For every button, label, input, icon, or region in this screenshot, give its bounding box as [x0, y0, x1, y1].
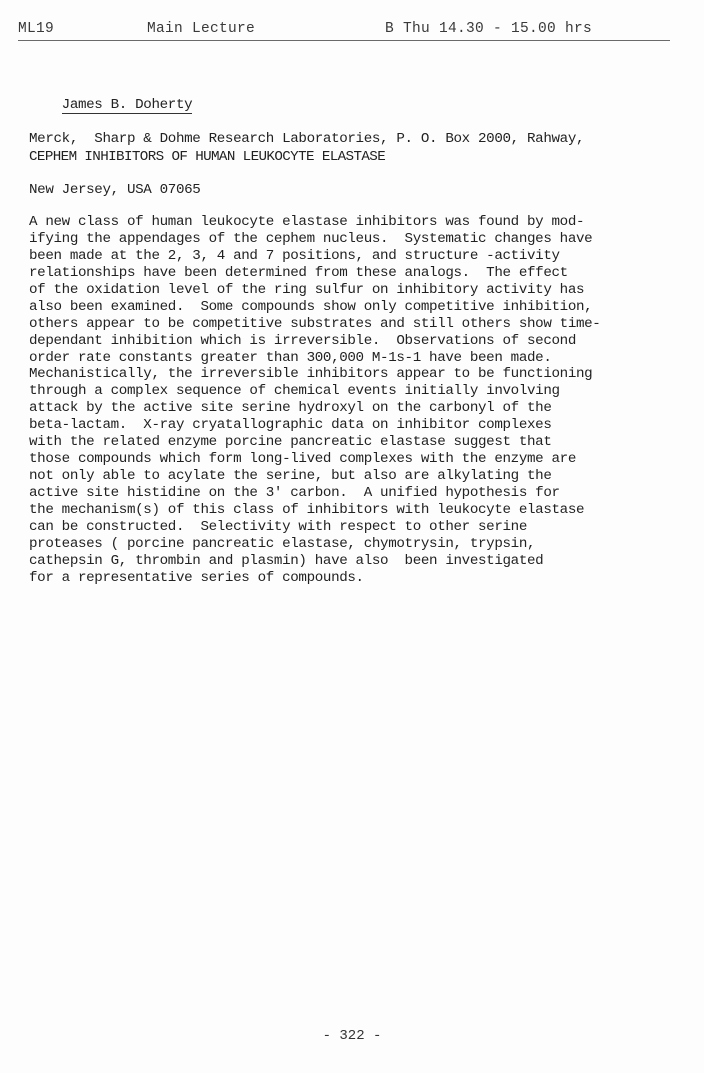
lecture-code: ML19: [18, 21, 54, 37]
abstract-line: active site histidine on the 3' carbon. …: [29, 485, 600, 502]
abstract-line: others appear to be competitive substrat…: [29, 316, 600, 333]
session-type: Main Lecture: [147, 21, 255, 37]
affiliation-line: Merck, Sharp & Dohme Research Laboratori…: [29, 131, 584, 148]
abstract-line: not only able to acylate the serine, but…: [29, 468, 600, 485]
abstract-line: for a representative series of compounds…: [29, 570, 600, 587]
abstract-line: of the oxidation level of the ring sulfu…: [29, 282, 600, 299]
abstract-line: dependant inhibition which is irreversib…: [29, 333, 600, 350]
abstract-line: can be constructed. Selectivity with res…: [29, 519, 600, 536]
abstract-line: the mechanism(s) of this class of inhibi…: [29, 502, 600, 519]
abstract-line: been made at the 2, 3, 4 and 7 positions…: [29, 248, 600, 265]
session-header: ML19 Main Lecture B Thu 14.30 - 15.00 hr…: [18, 18, 670, 41]
document-page: ML19 Main Lecture B Thu 14.30 - 15.00 hr…: [0, 0, 704, 1073]
session-time: B Thu 14.30 - 15.00 hrs: [385, 21, 592, 37]
abstract-line: attack by the active site serine hydroxy…: [29, 400, 600, 417]
abstract-line: beta-lactam. X-ray cryatallographic data…: [29, 417, 600, 434]
abstract-line: those compounds which form long-lived co…: [29, 451, 600, 468]
abstract-line: through a complex sequence of chemical e…: [29, 383, 600, 400]
page-number: - 322 -: [0, 1028, 704, 1044]
abstract-line: also been examined. Some compounds show …: [29, 299, 600, 316]
paper-title: CEPHEM INHIBITORS OF HUMAN LEUKOCYTE ELA…: [29, 149, 385, 166]
abstract-line: relationships have been determined from …: [29, 265, 600, 282]
affiliation-line: New Jersey, USA 07065: [29, 182, 584, 199]
abstract-body: A new class of human leukocyte elastase …: [29, 214, 600, 587]
abstract-line: Mechanistically, the irreversible inhibi…: [29, 366, 600, 383]
abstract-line: proteases ( porcine pancreatic elastase,…: [29, 536, 600, 553]
abstract-line: order rate constants greater than 300,00…: [29, 350, 600, 367]
abstract-line: ifying the appendages of the cephem nucl…: [29, 231, 600, 248]
abstract-line: with the related enzyme porcine pancreat…: [29, 434, 600, 451]
abstract-line: A new class of human leukocyte elastase …: [29, 214, 600, 231]
abstract-line: cathepsin G, thrombin and plasmin) have …: [29, 553, 600, 570]
